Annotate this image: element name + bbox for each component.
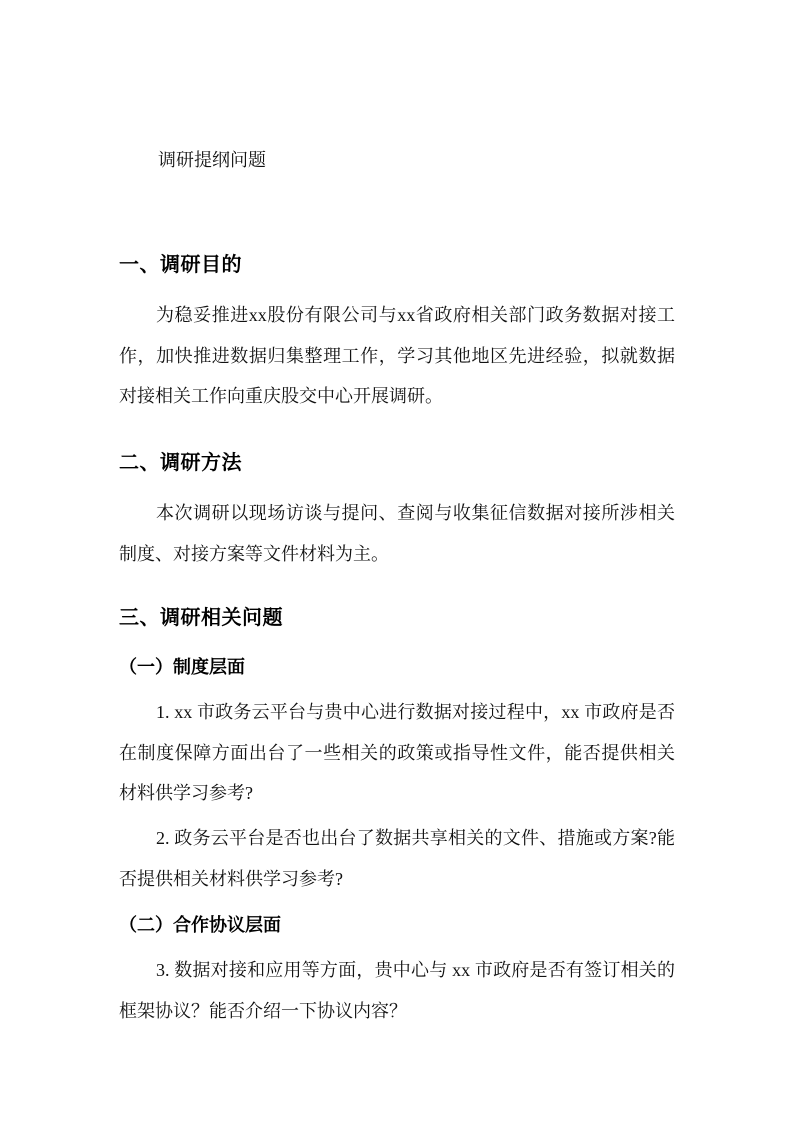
subsection-heading-agreement: （二）合作协议层面 [119, 914, 281, 938]
section-heading-method: 二、调研方法 [119, 449, 242, 475]
document-title: 调研提纲问题 [158, 148, 266, 172]
section-heading-questions: 三、调研相关问题 [119, 604, 283, 630]
subsection-heading-institutional: （一）制度层面 [119, 656, 245, 680]
question-3: 3. 数据对接和应用等方面，贵中心与 xx 市政府是否有签订相关的框架协议？能否… [119, 950, 675, 1031]
question-2: 2. 政务云平台是否也出台了数据共享相关的文件、措施或方案?能否提供相关材料供学… [119, 818, 675, 899]
paragraph-method: 本次调研以现场访谈与提问、查阅与收集征信数据对接所涉相关制度、对接方案等文件材料… [119, 493, 675, 574]
document-page: 调研提纲问题 一、调研目的 为稳妥推进xx股份有限公司与xx省政府相关部门政务数… [0, 0, 793, 1122]
section-heading-purpose: 一、调研目的 [119, 251, 242, 277]
paragraph-purpose: 为稳妥推进xx股份有限公司与xx省政府相关部门政务数据对接工作，加快推进数据归集… [119, 295, 675, 417]
question-1: 1. xx 市政务云平台与贵中心进行数据对接过程中，xx 市政府是否在制度保障方… [119, 692, 675, 814]
